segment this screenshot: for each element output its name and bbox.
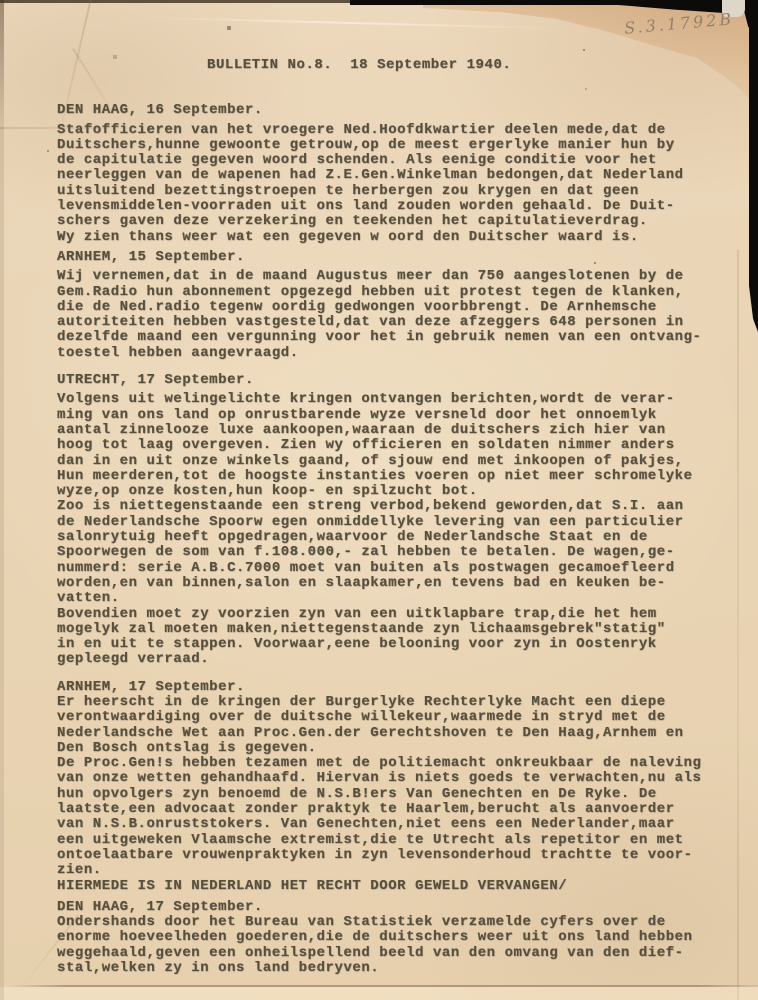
scan-shadow-left bbox=[0, 0, 4, 1000]
section-body: Volgens uit welingelichte kringen ontvan… bbox=[57, 392, 729, 667]
section-body: Ondershands door het Bureau van Statisti… bbox=[57, 915, 729, 976]
section-arnhem-17-september: ARNHEM, 17 September. Er heerscht in de … bbox=[57, 680, 729, 894]
scan-edge-right bbox=[749, 0, 758, 332]
section-heading: ARNHEM, 15 September. bbox=[57, 250, 729, 265]
section-den-haag-17-september: DEN HAAG, 17 September. Ondershands door… bbox=[57, 900, 729, 976]
section-heading: UTRECHT, 17 September. bbox=[57, 373, 729, 388]
section-heading: ARNHEM, 17 September. bbox=[57, 680, 729, 695]
section-utrecht-17-september: UTRECHT, 17 September. Volgens uit welin… bbox=[57, 373, 729, 668]
document-scan: S.3.1792B BULLETIN No.8. 18 September 19… bbox=[0, 0, 758, 1000]
section-heading: DEN HAAG, 16 September. bbox=[57, 103, 729, 118]
scan-edge-top bbox=[350, 0, 630, 5]
section-body: Er heerscht in de kringen der Burgerlyke… bbox=[57, 695, 729, 894]
section-arnhem-15-september: ARNHEM, 15 September. Wij vernemen,dat i… bbox=[57, 250, 729, 361]
page-bottom-margin bbox=[0, 987, 758, 1000]
typewritten-text: BULLETIN No.8. 18 September 1940. DEN HA… bbox=[57, 58, 729, 976]
section-body: Wij vernemen,dat in de maand Augustus me… bbox=[57, 269, 729, 361]
section-heading: DEN HAAG, 17 September. bbox=[57, 900, 729, 915]
section-body: Stafofficieren van het vroegere Ned.Hoof… bbox=[57, 123, 729, 245]
bulletin-title: BULLETIN No.8. 18 September 1940. bbox=[207, 58, 729, 73]
section-den-haag-16-september: DEN HAAG, 16 September. Stafofficieren v… bbox=[57, 103, 729, 245]
